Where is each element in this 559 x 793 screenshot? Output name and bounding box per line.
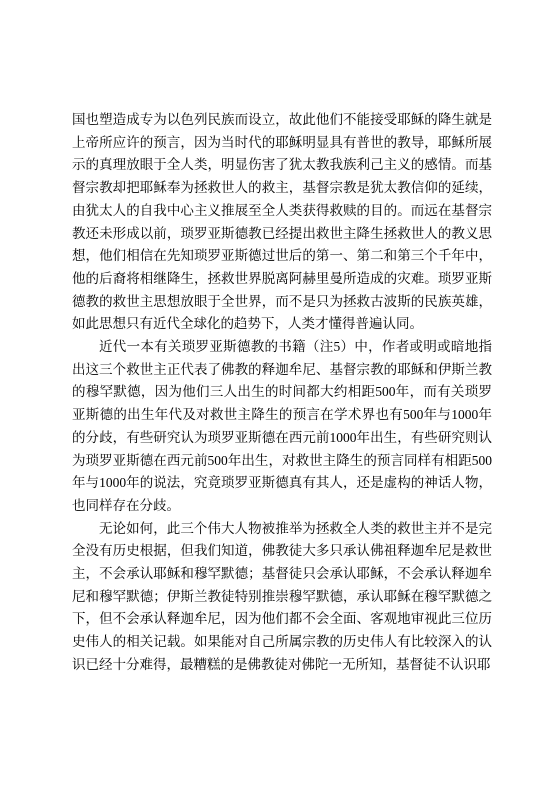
paragraph-note5: 近代一本有关琐罗亚斯德教的书籍（注5）中，作者或明或暗地指出这三个救世主正代表了… <box>72 336 492 518</box>
paragraph-conclusion: 无论如何，此三个伟大人物被推举为拯救全人类的救世主并不是完全没有历史根据，但我们… <box>72 518 492 677</box>
paragraph-continuation: 国也塑造成专为以色列民族而设立，故此他们不能接受耶稣的降生就是上帝所应许的预言，… <box>72 109 492 336</box>
document-text-block: 国也塑造成专为以色列民族而设立，故此他们不能接受耶稣的降生就是上帝所应许的预言，… <box>72 109 492 677</box>
